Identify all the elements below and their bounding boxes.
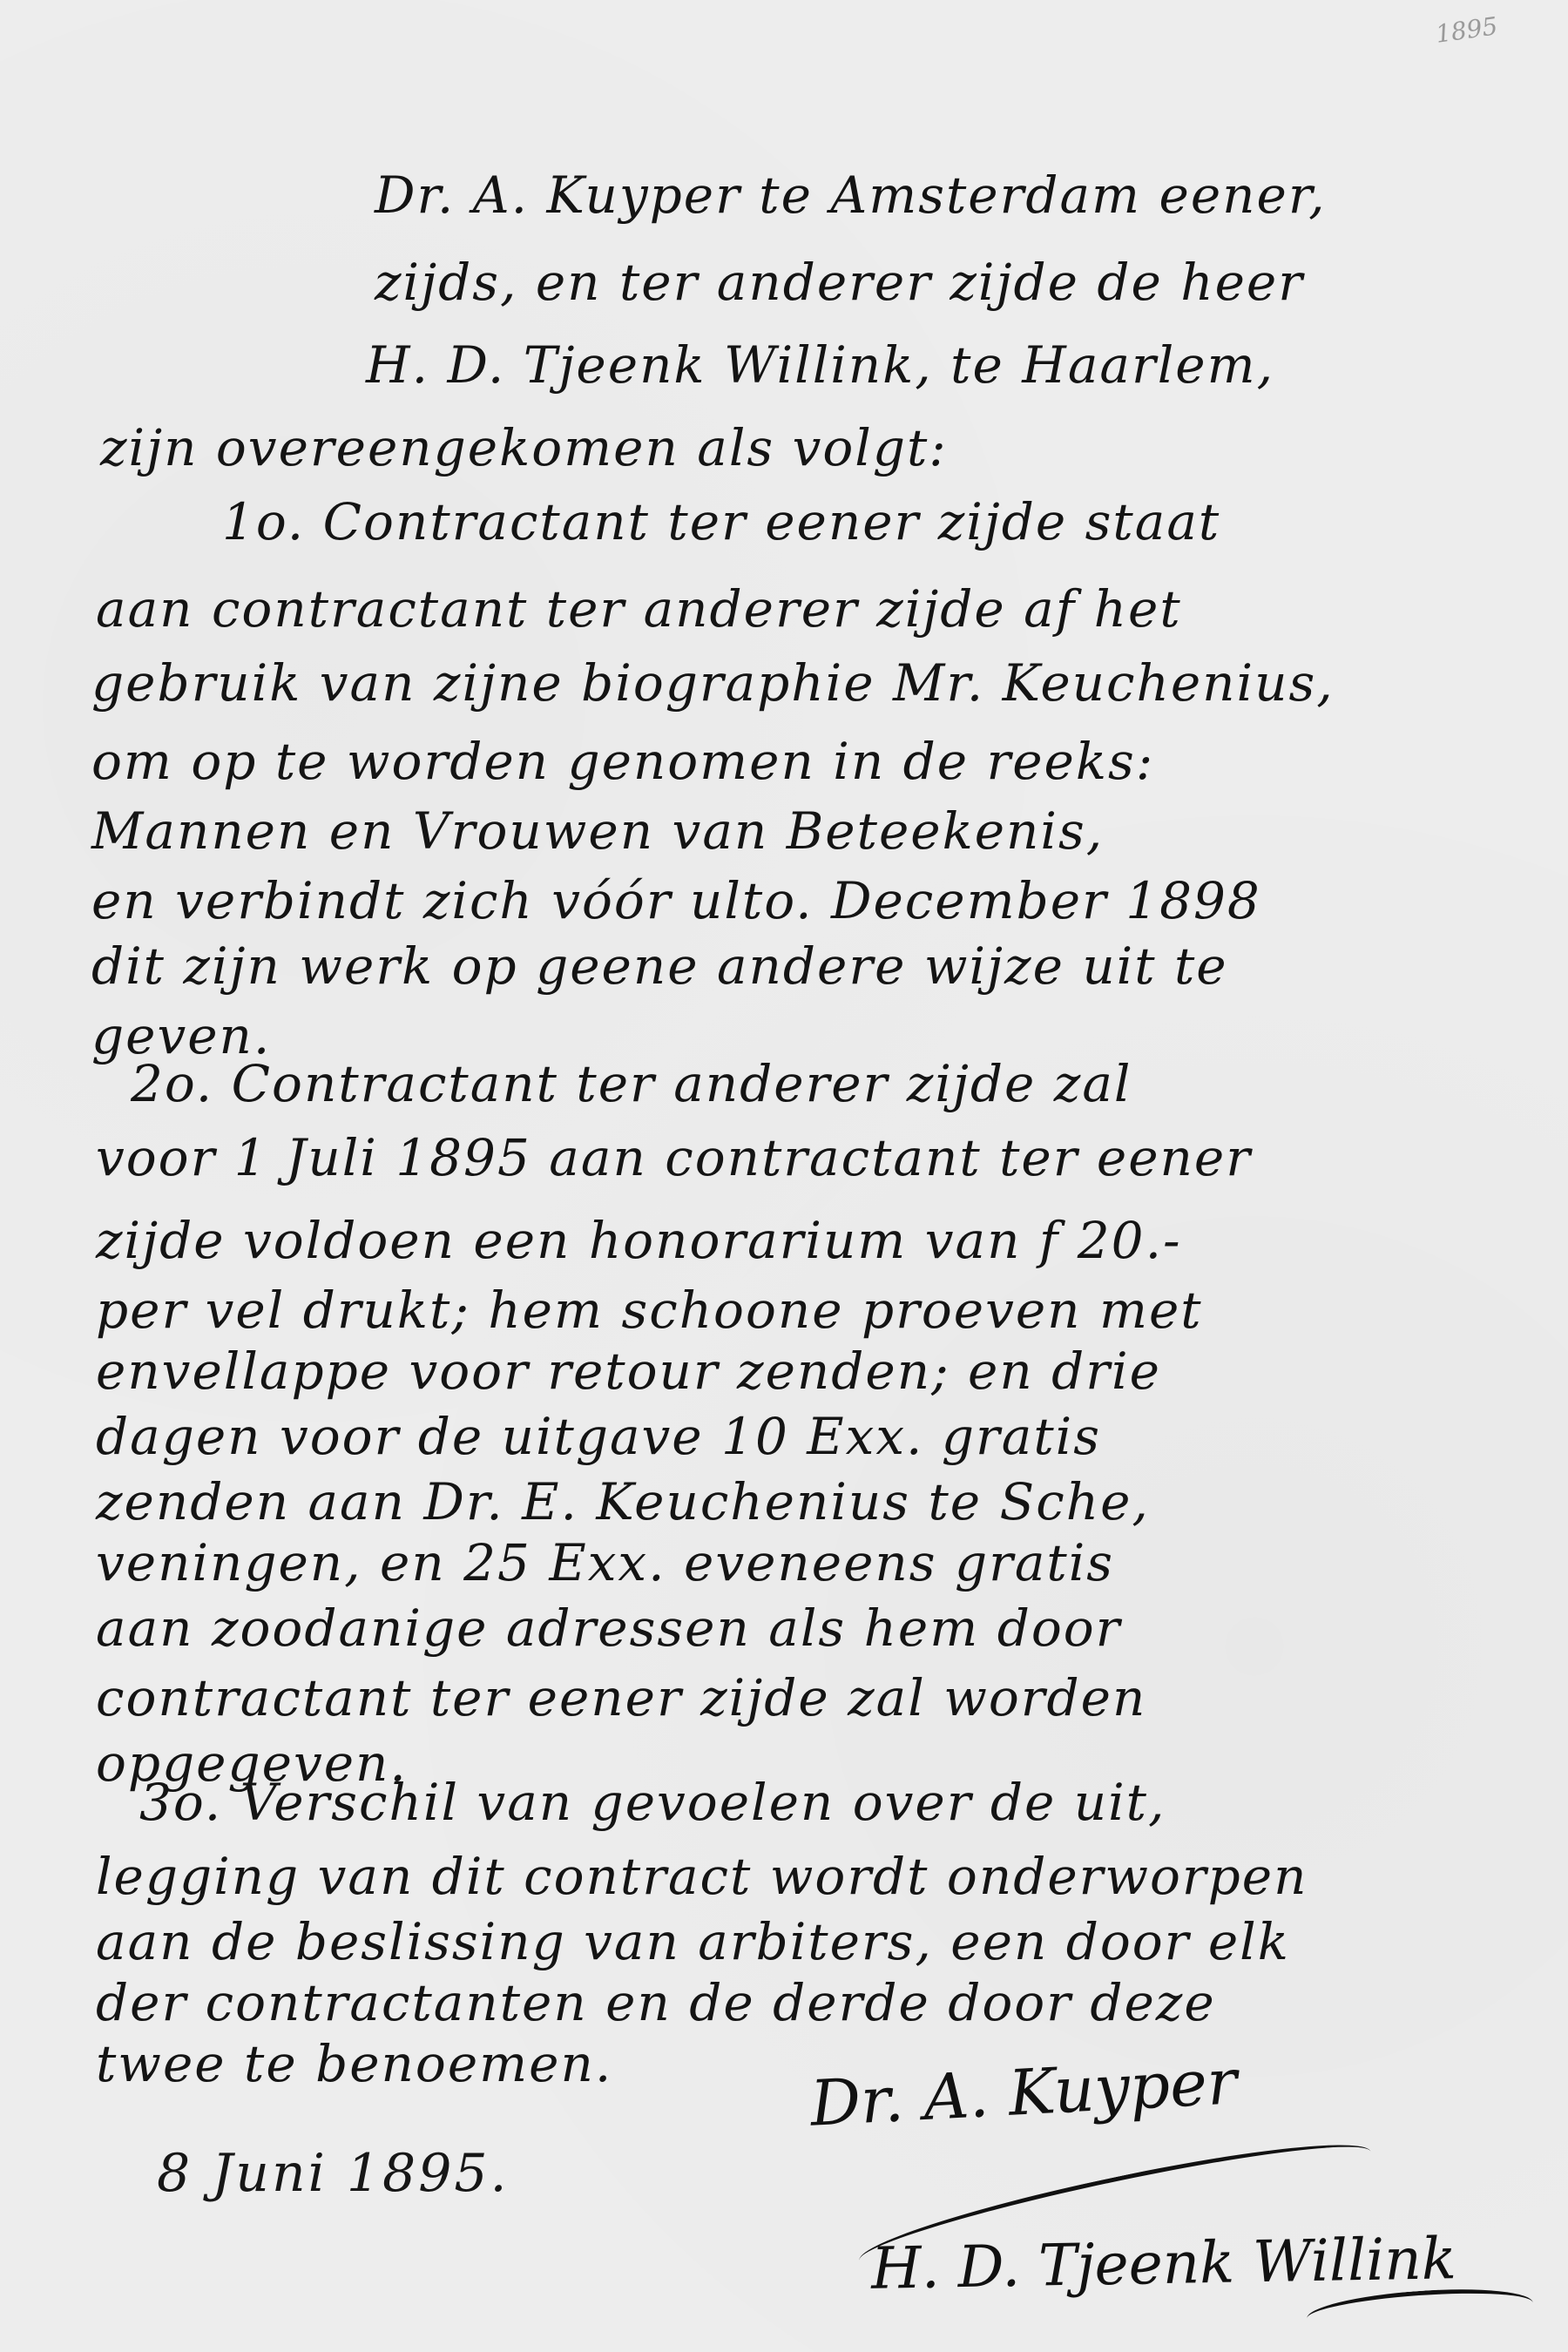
text-line: 1o. Contractant ter eener zijde staat — [222, 492, 1220, 551]
text-line: Mannen en Vrouwen van Beteekenis, — [91, 801, 1104, 861]
text-line: per vel drukt; hem schoone proeven met — [96, 1281, 1203, 1340]
document-page: 1895 Dr. A. Kuyper te Amsterdam eener, z… — [0, 0, 1568, 2352]
text-line: zijds, en ter anderer zijde de heer — [375, 253, 1304, 312]
text-line: 3o. Verschil van gevoelen over de uit, — [139, 1773, 1166, 1832]
text-line: gebruik van zijne biographie Mr. Keuchen… — [91, 653, 1335, 713]
text-line: veningen, en 25 Exx. eveneens gratis — [96, 1533, 1114, 1592]
text-line: Dr. A. Kuyper te Amsterdam eener, — [375, 166, 1327, 225]
text-line: envellappe voor retour zenden; en drie — [96, 1342, 1161, 1401]
text-line: om op te worden genomen in de reeks: — [91, 732, 1154, 791]
text-line: twee te benoemen. — [96, 2034, 612, 2093]
signature-tjeenk-willink: H. D. Tjeenk Willink — [870, 2225, 1456, 2302]
text-line: aan contractant ter anderer zijde af het — [96, 579, 1182, 639]
text-line: aan de beslissing van arbiters, een door… — [96, 1912, 1290, 1971]
text-line: zijn overeengekomen als volgt: — [100, 418, 948, 477]
archive-mark: 1895 — [1434, 11, 1499, 49]
text-line: aan zoodanige adressen als hem door — [96, 1598, 1121, 1658]
text-line: zijde voldoen een honorarium van f 20.- — [96, 1211, 1182, 1270]
text-line: 2o. Contractant ter anderer zijde zal — [131, 1054, 1132, 1113]
signature-kuyper: Dr. A. Kuyper — [808, 2044, 1239, 2140]
text-line: der contractanten en de derde door deze — [96, 1973, 1216, 2032]
text-line: dagen voor de uitgave 10 Exx. gratis — [96, 1407, 1101, 1466]
text-line: legging van dit contract wordt onderworp… — [96, 1847, 1308, 1906]
text-line: dit zijn werk op geene andere wijze uit … — [91, 936, 1228, 996]
text-line: H. D. Tjeenk Willink, te Haarlem, — [366, 335, 1274, 395]
document-date: 8 Juni 1895. — [157, 2143, 510, 2204]
text-line: contractant ter eener zijde zal worden — [96, 1668, 1146, 1727]
text-line: zenden aan Dr. E. Keuchenius te Sche, — [96, 1472, 1150, 1531]
text-line: voor 1 Juli 1895 aan contractant ter een… — [96, 1128, 1252, 1187]
text-line: en verbindt zich vóór ulto. December 189… — [91, 871, 1261, 930]
